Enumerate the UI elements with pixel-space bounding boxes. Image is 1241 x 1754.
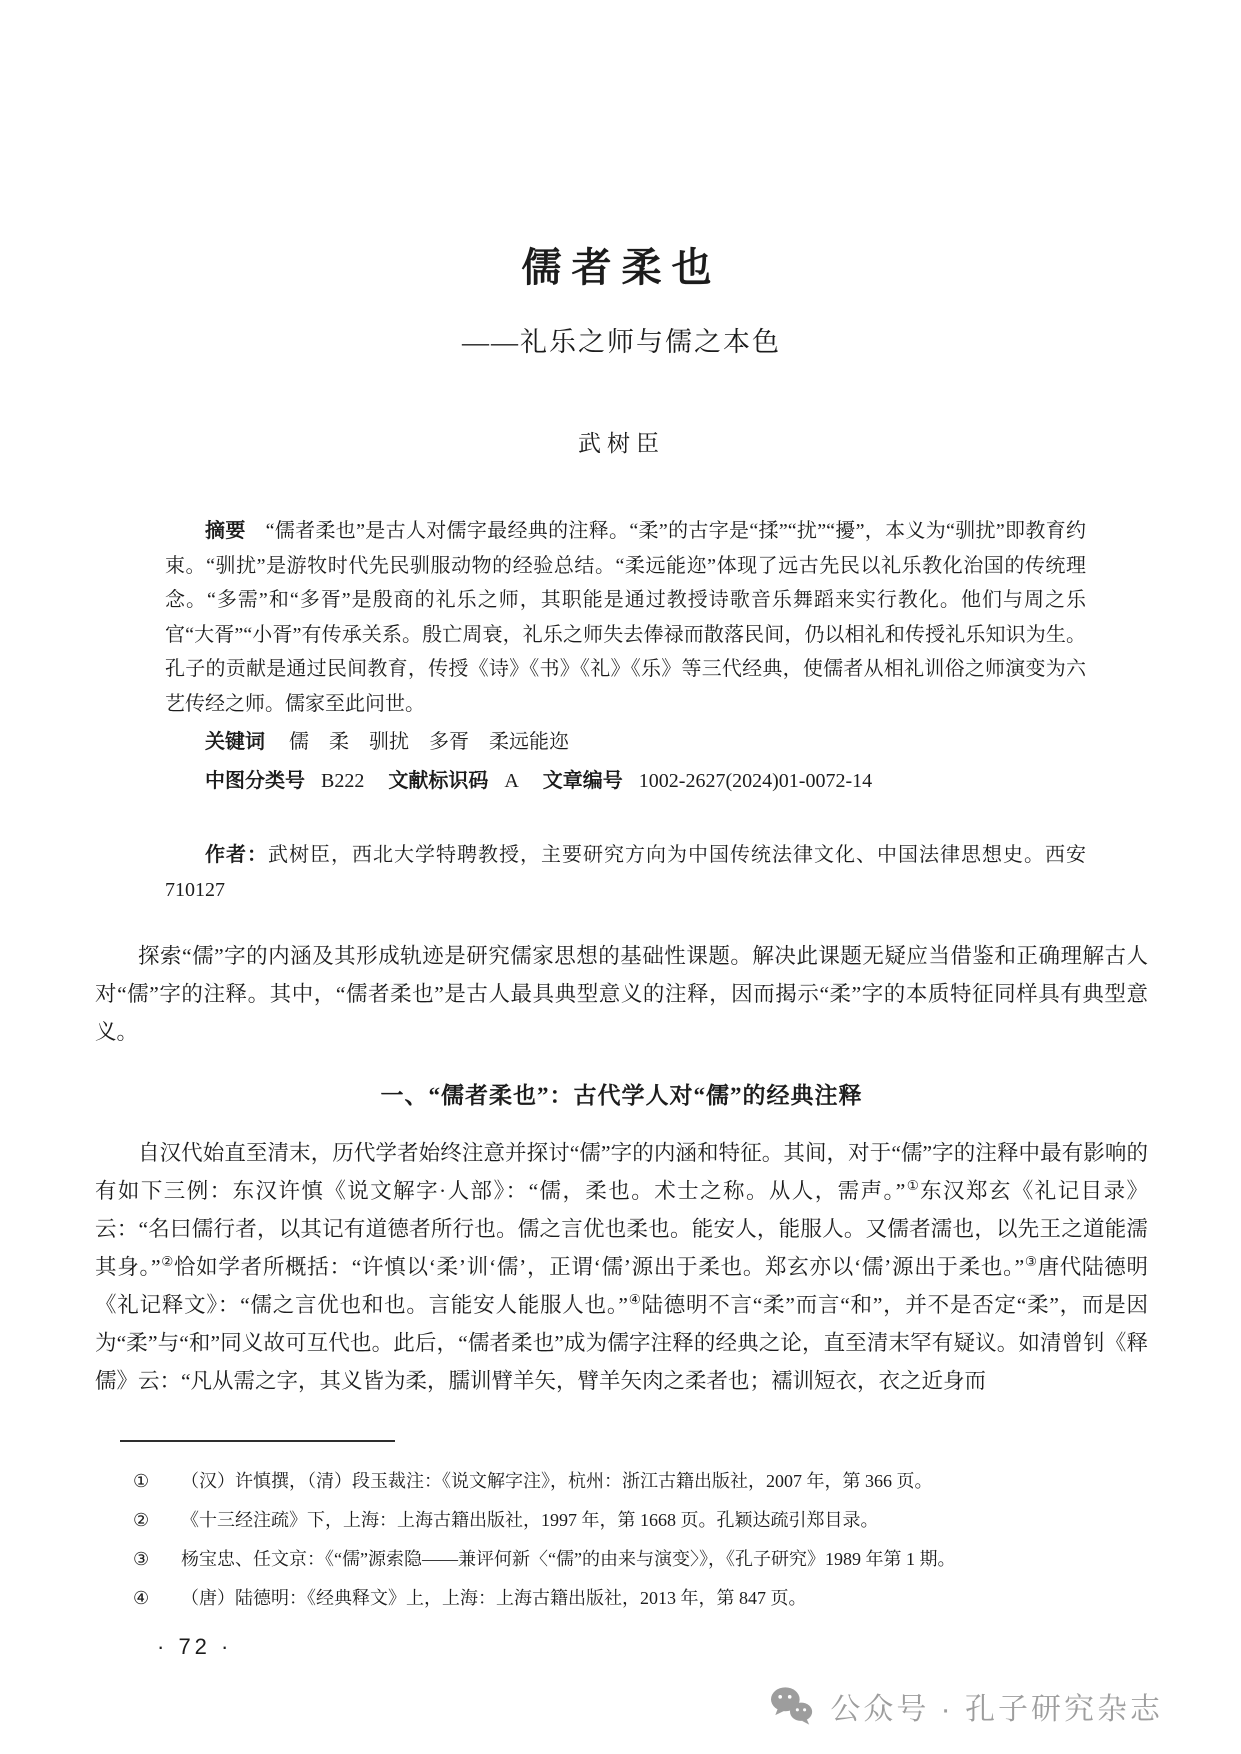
keywords-text: 儒 柔 驯扰 多胥 柔远能迩 [289, 731, 569, 753]
author-note-label: 作者： [205, 844, 268, 866]
paper-title: 儒者柔也 [95, 0, 1148, 290]
footnote-item: ④ （唐）陆德明：《经典释文》上，上海：上海古籍出版社，2013 年，第 847… [95, 1579, 1148, 1618]
section-1-heading: 一、“儒者柔也”：古代学人对“儒”的经典注释 [95, 1077, 1148, 1110]
abstract-label: 摘要 [205, 520, 246, 542]
footnote-text: 杨宝忠、任文京：《“儒”源索隐——兼评何新〈“儒”的由来与演变〉》，《孔子研究》… [169, 1540, 1148, 1579]
keywords: 关键词儒 柔 驯扰 多胥 柔远能迩 [165, 725, 1086, 760]
footnotes: ① （汉）许慎撰，（清）段玉裁注：《说文解字注》，杭州：浙江古籍出版社，2007… [95, 1462, 1148, 1618]
clc-value: B222 [321, 770, 364, 792]
page-content: 儒者柔也 ——礼乐之师与儒之本色 武树臣 摘要“儒者柔也”是古人对儒字最经典的注… [0, 0, 1241, 1660]
front-matter: 摘要“儒者柔也”是古人对儒字最经典的注释。“柔”的古字是“揉”“扰”“擾”，本义… [165, 514, 1086, 907]
footnote-text: 《十三经注疏》下，上海：上海古籍出版社，1997 年，第 1668 页。孔颖达疏… [169, 1501, 1148, 1540]
abstract-text: “儒者柔也”是古人对儒字最经典的注释。“柔”的古字是“揉”“扰”“擾”，本义为“… [165, 520, 1086, 715]
footnote-text: （汉）许慎撰，（清）段玉裁注：《说文解字注》，杭州：浙江古籍出版社，2007 年… [169, 1462, 1148, 1501]
paper-page: 儒者柔也 ——礼乐之师与儒之本色 武树臣 摘要“儒者柔也”是古人对儒字最经典的注… [0, 0, 1241, 1754]
wechat-icon [768, 1685, 816, 1727]
para2-segment: 恰如学者所概括：“许慎以‘柔’训‘儒’，正谓‘儒’源出于柔也。郑玄亦以‘儒’源出… [174, 1255, 1024, 1279]
clc-label: 中图分类号 [205, 770, 305, 792]
keywords-label: 关键词 [205, 731, 265, 753]
paper-author: 武树臣 [95, 425, 1148, 458]
footnote-marker: ② [95, 1501, 169, 1540]
page-number: · 72 · [95, 1634, 1148, 1660]
footnote-ref-3: ③ [1024, 1254, 1037, 1269]
watermark: 公众号 · 孔子研究杂志 [768, 1684, 1163, 1728]
article-no-value: 1002-2627(2024)01-0072-14 [639, 770, 872, 792]
body-paragraph-1: 探索“儒”字的内涵及其形成轨迹是研究儒家思想的基础性课题。解决此课题无疑应当借鉴… [95, 937, 1148, 1051]
paper-subtitle: ——礼乐之师与儒之本色 [95, 320, 1148, 359]
footnote-item: ③ 杨宝忠、任文京：《“儒”源索隐——兼评何新〈“儒”的由来与演变〉》，《孔子研… [95, 1540, 1148, 1579]
meta-line: 中图分类号B222文献标识码A文章编号1002-2627(2024)01-007… [165, 764, 1086, 799]
footnote-item: ② 《十三经注疏》下，上海：上海古籍出版社，1997 年，第 1668 页。孔颖… [95, 1501, 1148, 1540]
footnote-text: （唐）陆德明：《经典释文》上，上海：上海古籍出版社，2013 年，第 847 页… [169, 1579, 1148, 1618]
footnote-marker: ① [95, 1462, 169, 1501]
footnote-marker: ③ [95, 1540, 169, 1579]
footnote-item: ① （汉）许慎撰，（清）段玉裁注：《说文解字注》，杭州：浙江古籍出版社，2007… [95, 1462, 1148, 1501]
doc-code-value: A [504, 770, 518, 792]
author-note-text: 武树臣，西北大学特聘教授，主要研究方向为中国传统法律文化、中国法律思想史。西安 … [165, 844, 1086, 901]
author-note: 作者：武树臣，西北大学特聘教授，主要研究方向为中国传统法律文化、中国法律思想史。… [165, 838, 1086, 907]
footnote-ref-1: ① [905, 1178, 920, 1193]
footnote-ref-2: ② [160, 1254, 173, 1269]
doc-code-label: 文献标识码 [388, 770, 488, 792]
article-no-label: 文章编号 [543, 770, 623, 792]
footnote-marker: ④ [95, 1579, 169, 1618]
footnote-ref-4: ④ [628, 1292, 642, 1307]
footnote-divider [120, 1440, 395, 1442]
watermark-text: 公众号 · 孔子研究杂志 [830, 1684, 1163, 1728]
body-paragraph-2: 自汉代始直至清末，历代学者始终注意并探讨“儒”字的内涵和特征。其间，对于“儒”字… [95, 1134, 1148, 1400]
abstract: 摘要“儒者柔也”是古人对儒字最经典的注释。“柔”的古字是“揉”“扰”“擾”，本义… [165, 514, 1086, 721]
